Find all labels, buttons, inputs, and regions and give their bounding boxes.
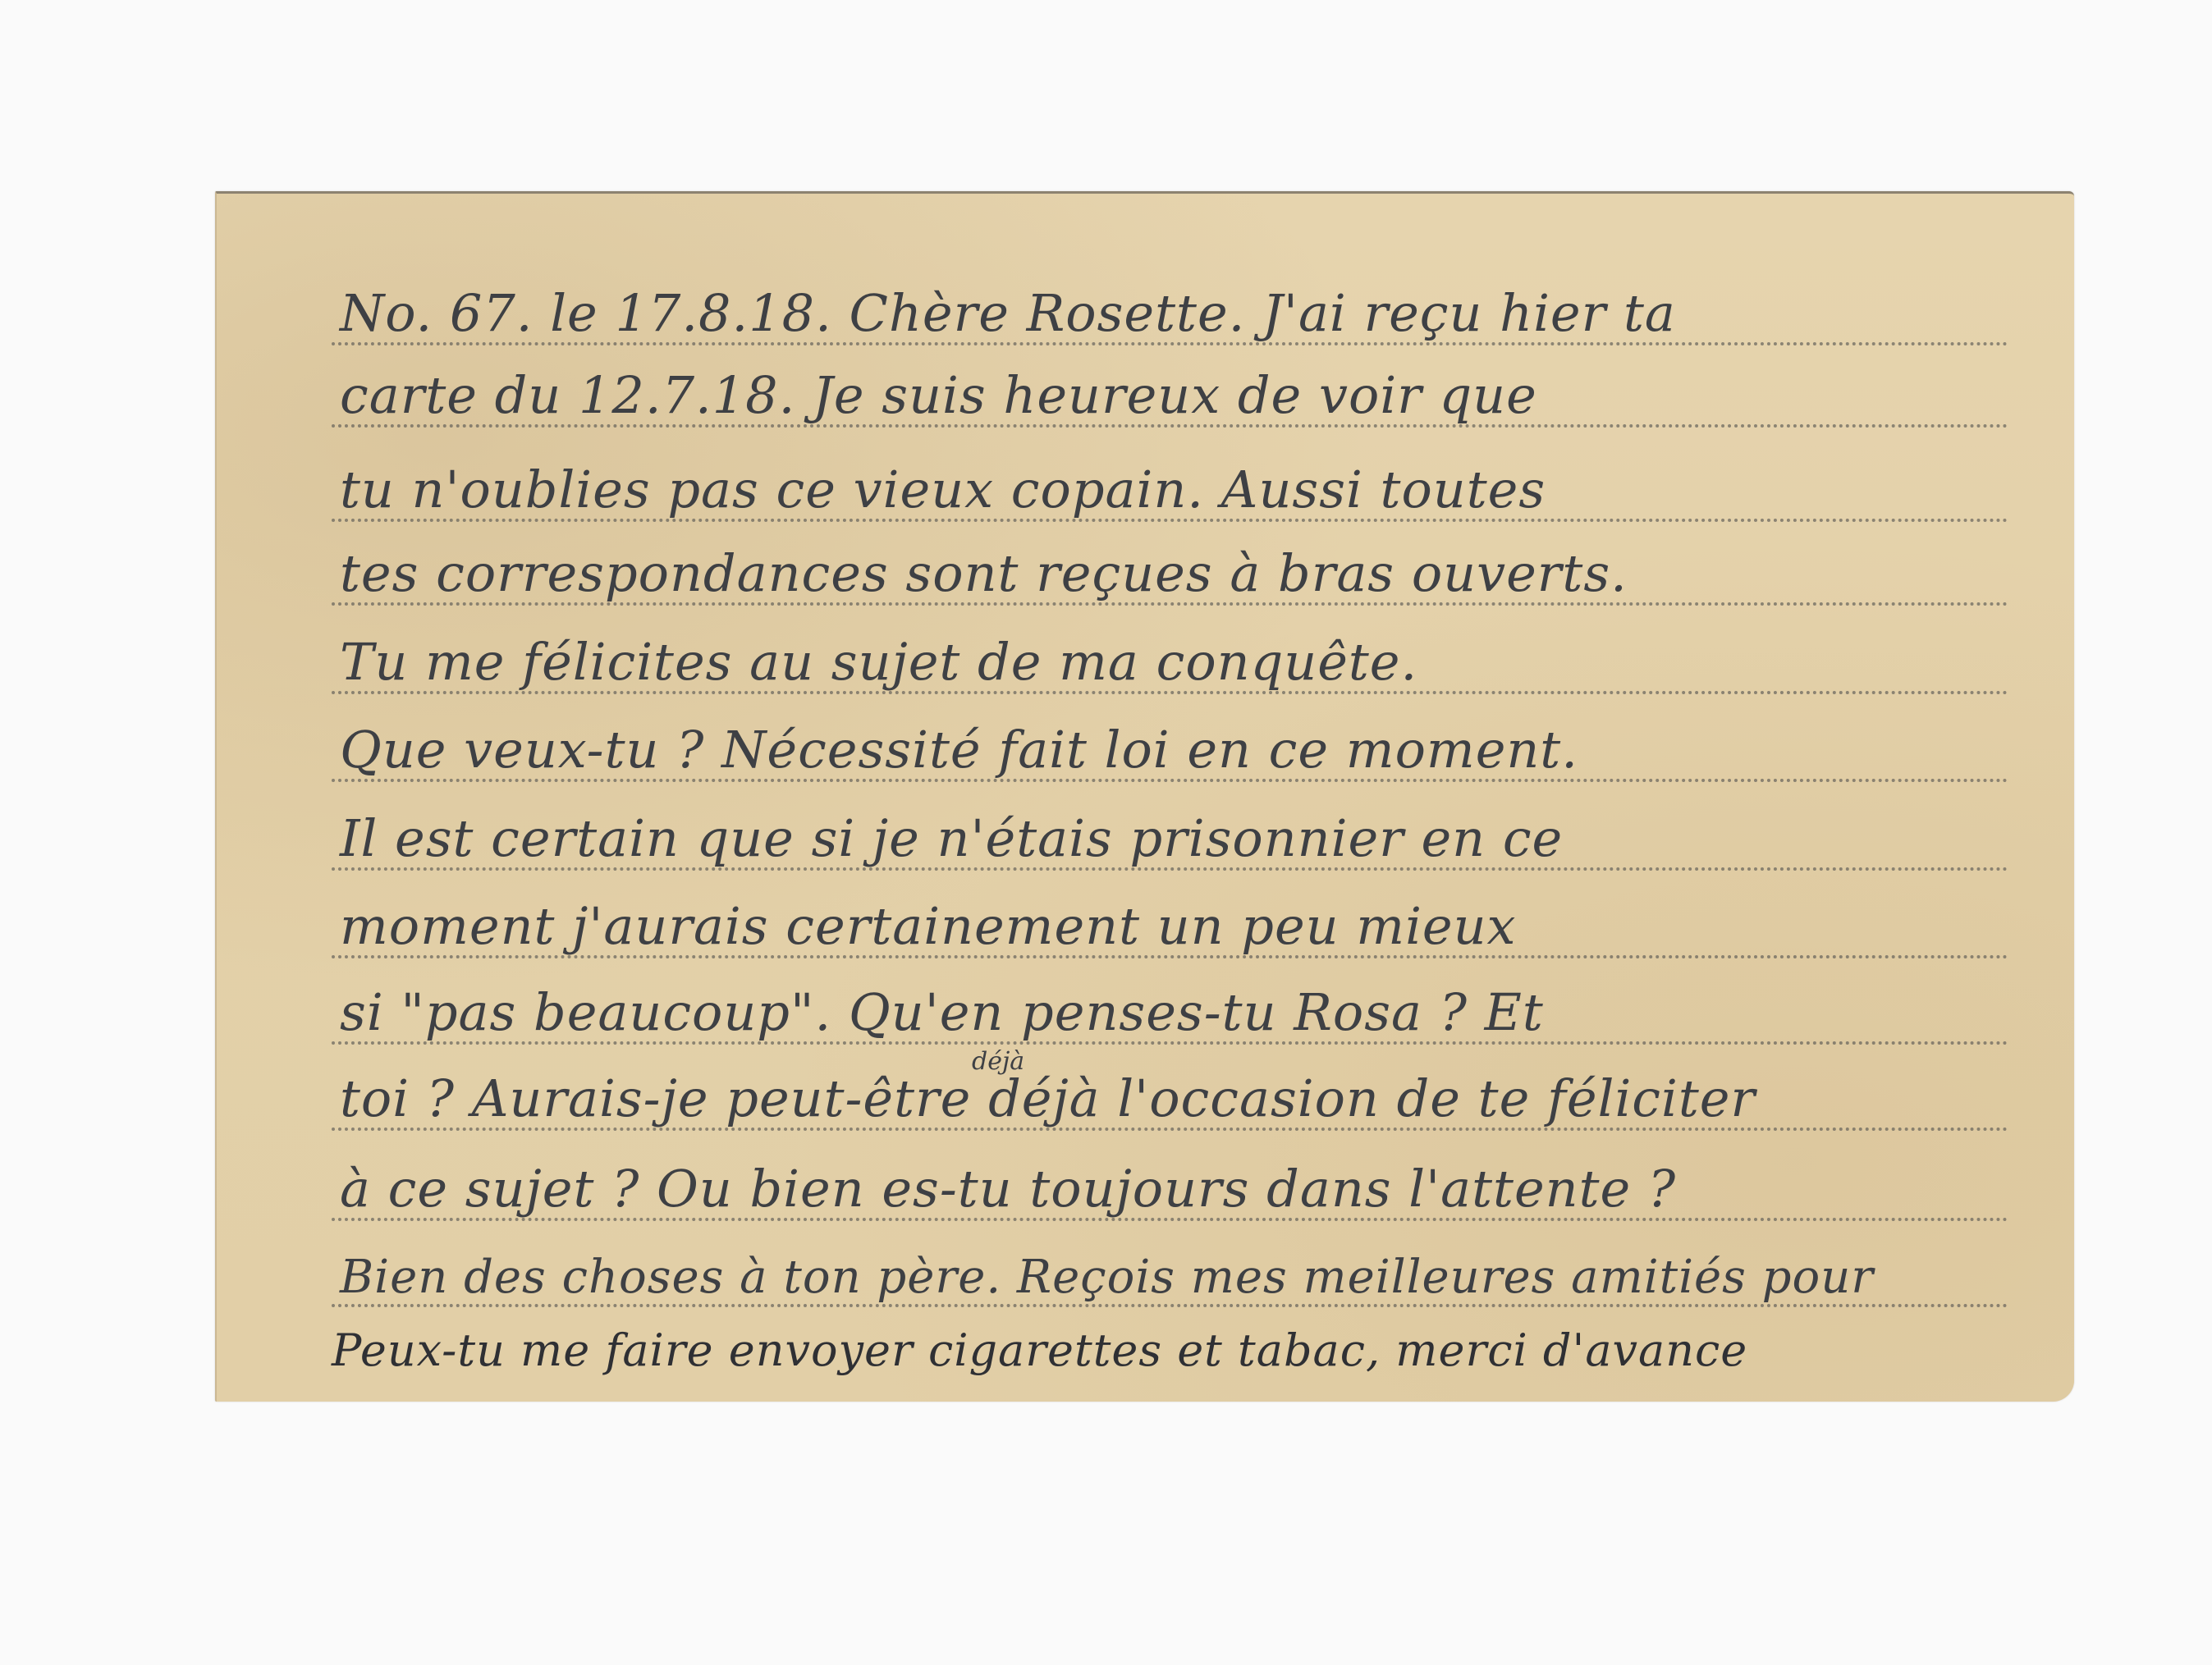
text-line-10: toi ? Aurais-je peut-être déjà l'occasio… <box>217 1049 2074 1131</box>
text-line-9: si "pas beaucoup". Qu'en penses-tu Rosa … <box>217 963 2074 1045</box>
line-text: Tu me félicites au sujet de ma conquête. <box>340 637 1417 688</box>
text-line-2: carte du 12.7.18. Je suis heureux de voi… <box>217 345 2074 428</box>
text-line-4: tes correspondances sont reçues à bras o… <box>217 524 2074 606</box>
line-text: si "pas beaucoup". Qu'en penses-tu Rosa … <box>340 987 1544 1038</box>
line-text: carte du 12.7.18. Je suis heureux de voi… <box>340 370 1537 421</box>
line-text: tu n'oublies pas ce vieux copain. Aussi … <box>340 464 1546 515</box>
text-line-13: Peux-tu me faire envoyer cigarettes et t… <box>217 1297 2074 1379</box>
interlinear-annotation: déjà <box>972 1047 1024 1076</box>
line-text: toi ? Aurais-je peut-être déjà l'occasio… <box>340 1073 1756 1124</box>
line-text: Peux-tu me faire envoyer cigarettes et t… <box>332 1329 1747 1373</box>
text-line-3: tu n'oublies pas ce vieux copain. Aussi … <box>217 440 2074 522</box>
line-text: Il est certain que si je n'étais prisonn… <box>340 813 1563 864</box>
text-line-7: Il est certain que si je n'étais prisonn… <box>217 789 2074 871</box>
line-text: moment j'aurais certainement un peu mieu… <box>340 901 1517 952</box>
line-text: Bien des choses à ton père. Reçois mes m… <box>340 1255 1874 1301</box>
text-line-6: Que veux-tu ? Nécessité fait loi en ce m… <box>217 700 2074 782</box>
text-line-5: Tu me félicites au sujet de ma conquête. <box>217 612 2074 694</box>
line-text: tes correspondances sont reçues à bras o… <box>340 548 1628 599</box>
line-text: No. 67. le 17.8.18. Chère Rosette. J'ai … <box>340 288 1676 339</box>
text-line-1: No. 67. le 17.8.18. Chère Rosette. J'ai … <box>217 263 2074 345</box>
text-line-12: Bien des choses à ton père. Reçois mes m… <box>217 1225 2074 1307</box>
text-line-8: moment j'aurais certainement un peu mieu… <box>217 876 2074 958</box>
line-text: Que veux-tu ? Nécessité fait loi en ce m… <box>340 725 1578 775</box>
line-text: à ce sujet ? Ou bien es-tu toujours dans… <box>340 1164 1676 1214</box>
postcard: No. 67. le 17.8.18. Chère Rosette. J'ai … <box>215 191 2074 1402</box>
text-line-11: à ce sujet ? Ou bien es-tu toujours dans… <box>217 1139 2074 1221</box>
